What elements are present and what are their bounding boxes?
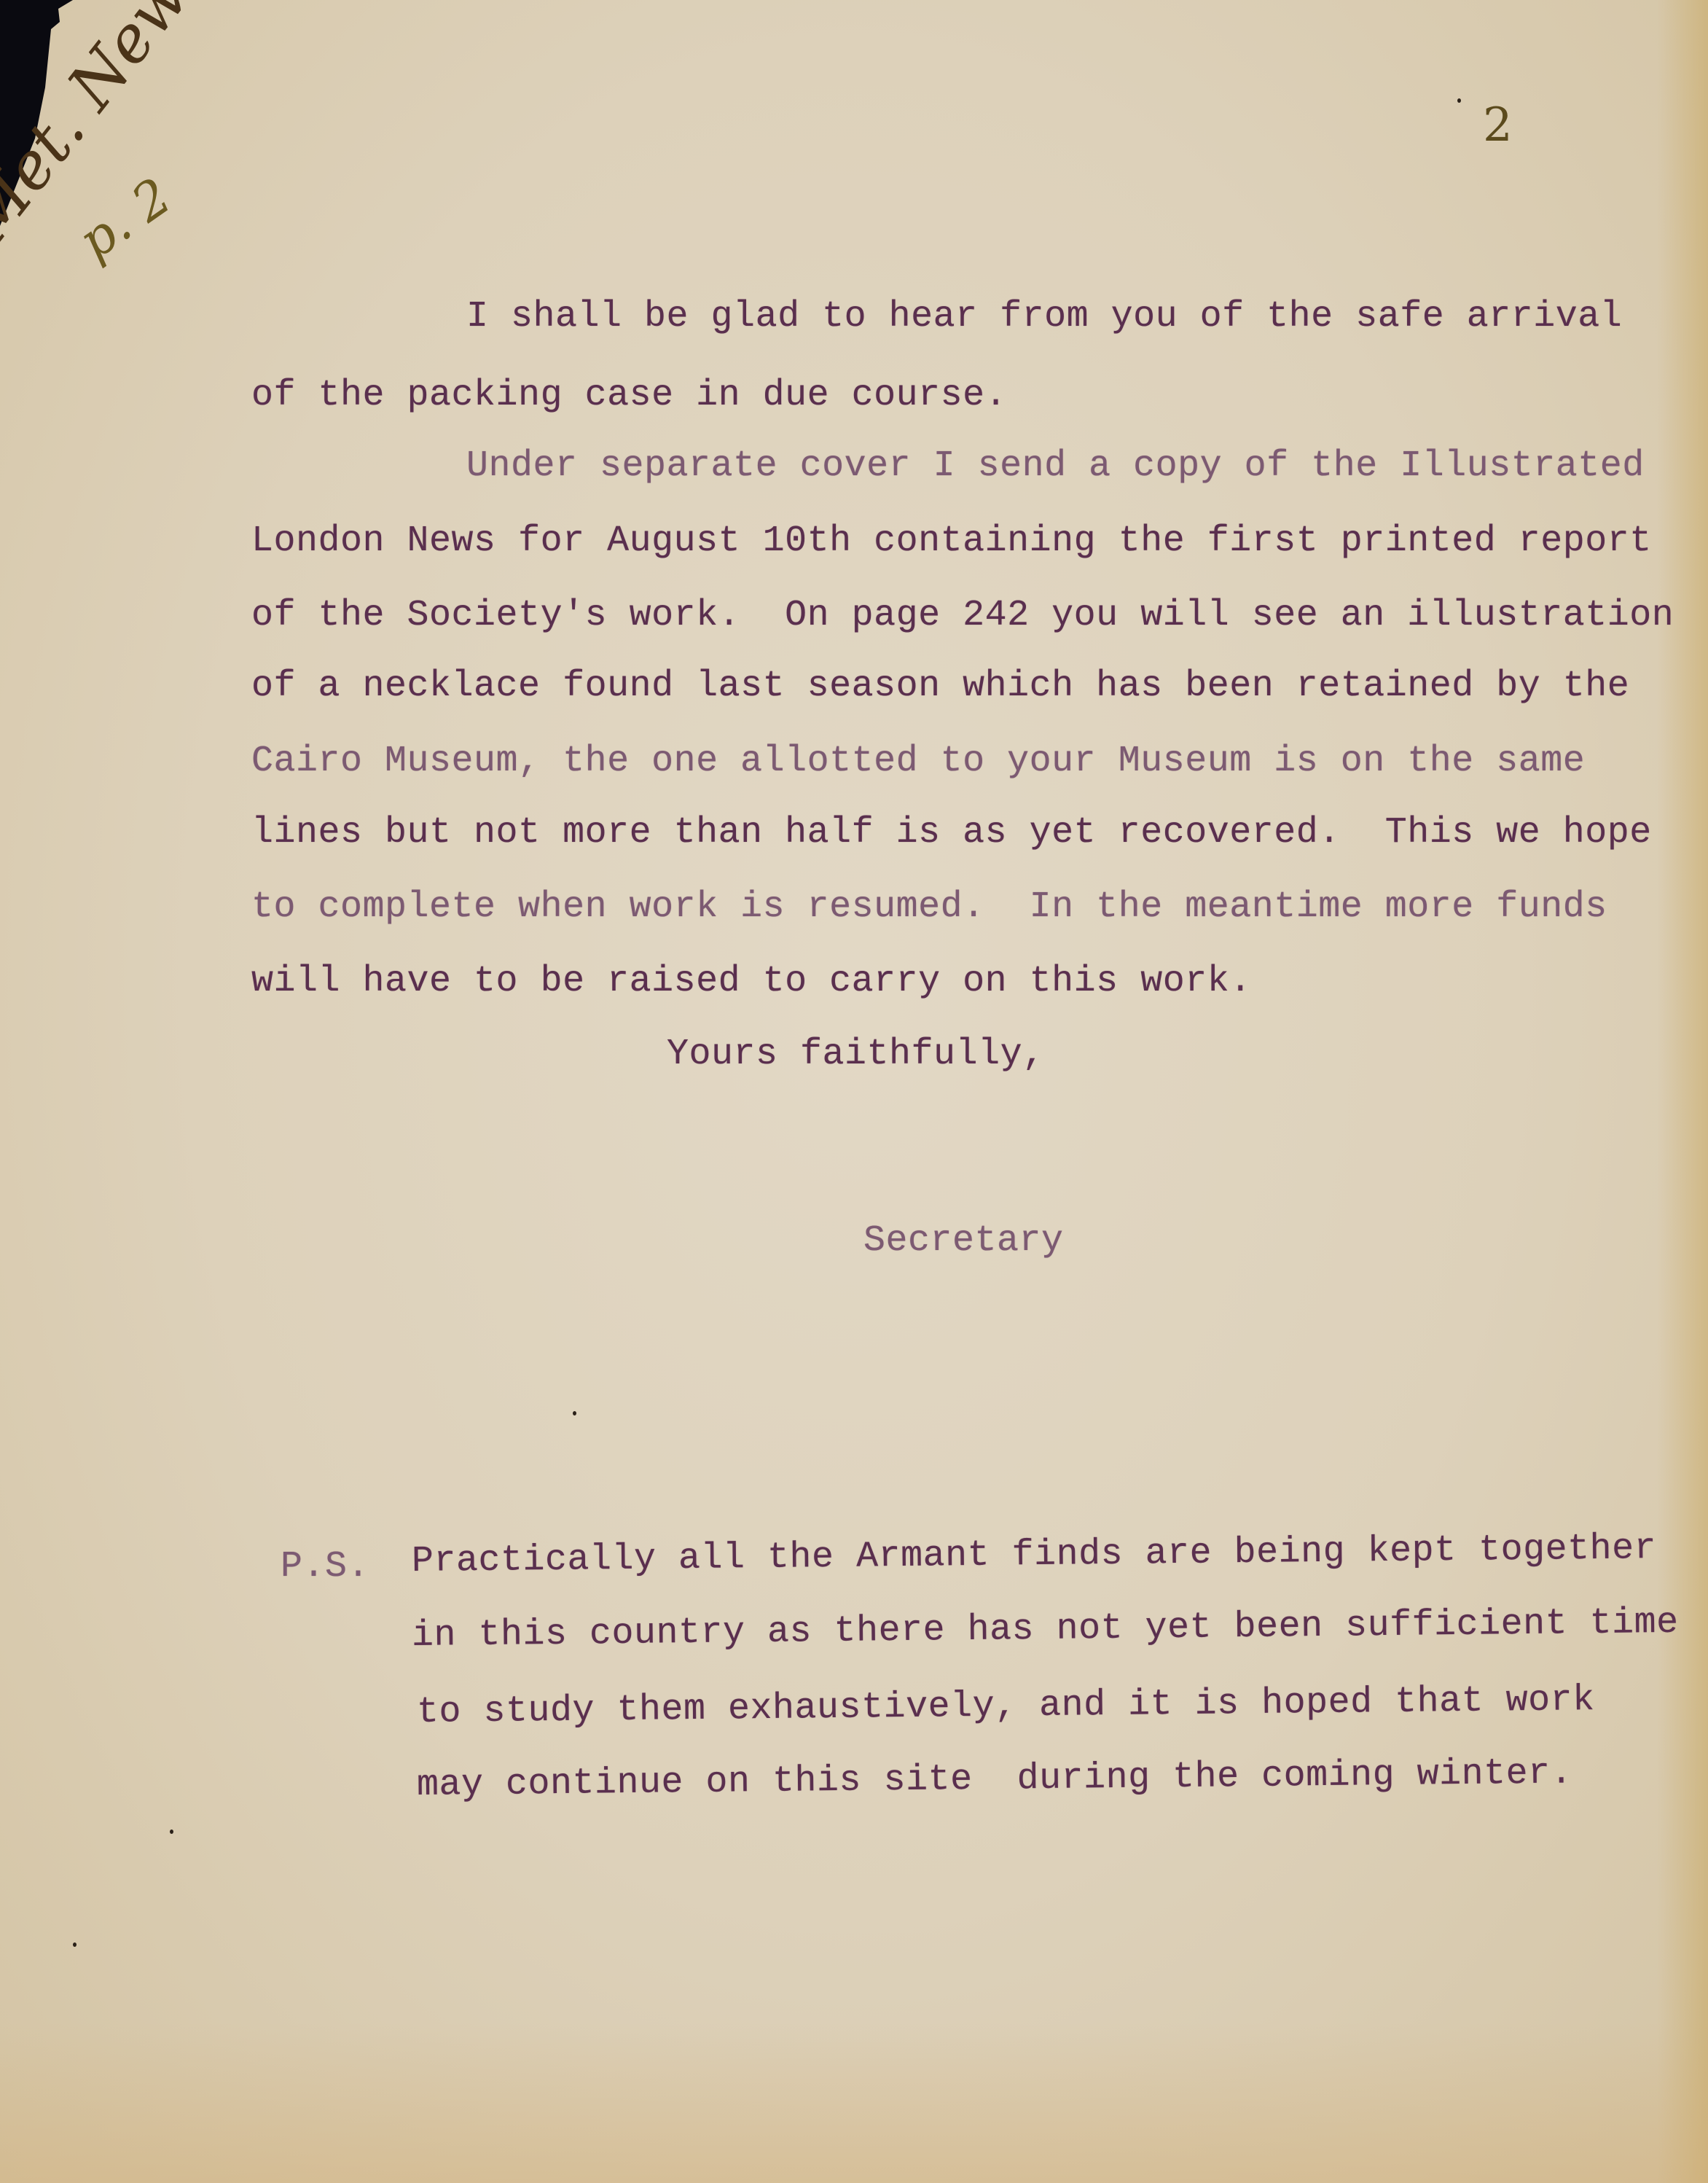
paper-speck xyxy=(573,1411,576,1415)
body-line: of a necklace found last season which ha… xyxy=(251,668,1629,705)
paper-bottom-stain xyxy=(0,2023,1708,2183)
body-line: I shall be glad to hear from you of the … xyxy=(466,299,1622,335)
body-line: of the Society's work. On page 242 you w… xyxy=(251,598,1674,634)
paper-speck xyxy=(73,1942,77,1947)
paper-edge-stain xyxy=(1657,0,1708,2183)
page-number: 2 xyxy=(1483,98,1513,152)
body-line: London News for August 10th containing t… xyxy=(251,523,1652,560)
body-line: lines but not more than half is as yet r… xyxy=(251,815,1652,851)
signature-title: Secretary xyxy=(863,1223,1064,1260)
body-line: will have to be raised to carry on this … xyxy=(251,964,1252,1000)
paper-speck xyxy=(1457,98,1461,103)
postscript-label: P.S. xyxy=(281,1549,369,1585)
body-line: Cairo Museum, the one allotted to your M… xyxy=(251,743,1585,780)
paper-speck xyxy=(170,1829,173,1834)
closing: Yours faithfully, xyxy=(667,1036,1045,1073)
body-line: to complete when work is resumed. In the… xyxy=(251,889,1607,926)
body-line: Under separate cover I send a copy of th… xyxy=(466,448,1645,485)
body-line: of the packing case in due course. xyxy=(251,378,1007,414)
